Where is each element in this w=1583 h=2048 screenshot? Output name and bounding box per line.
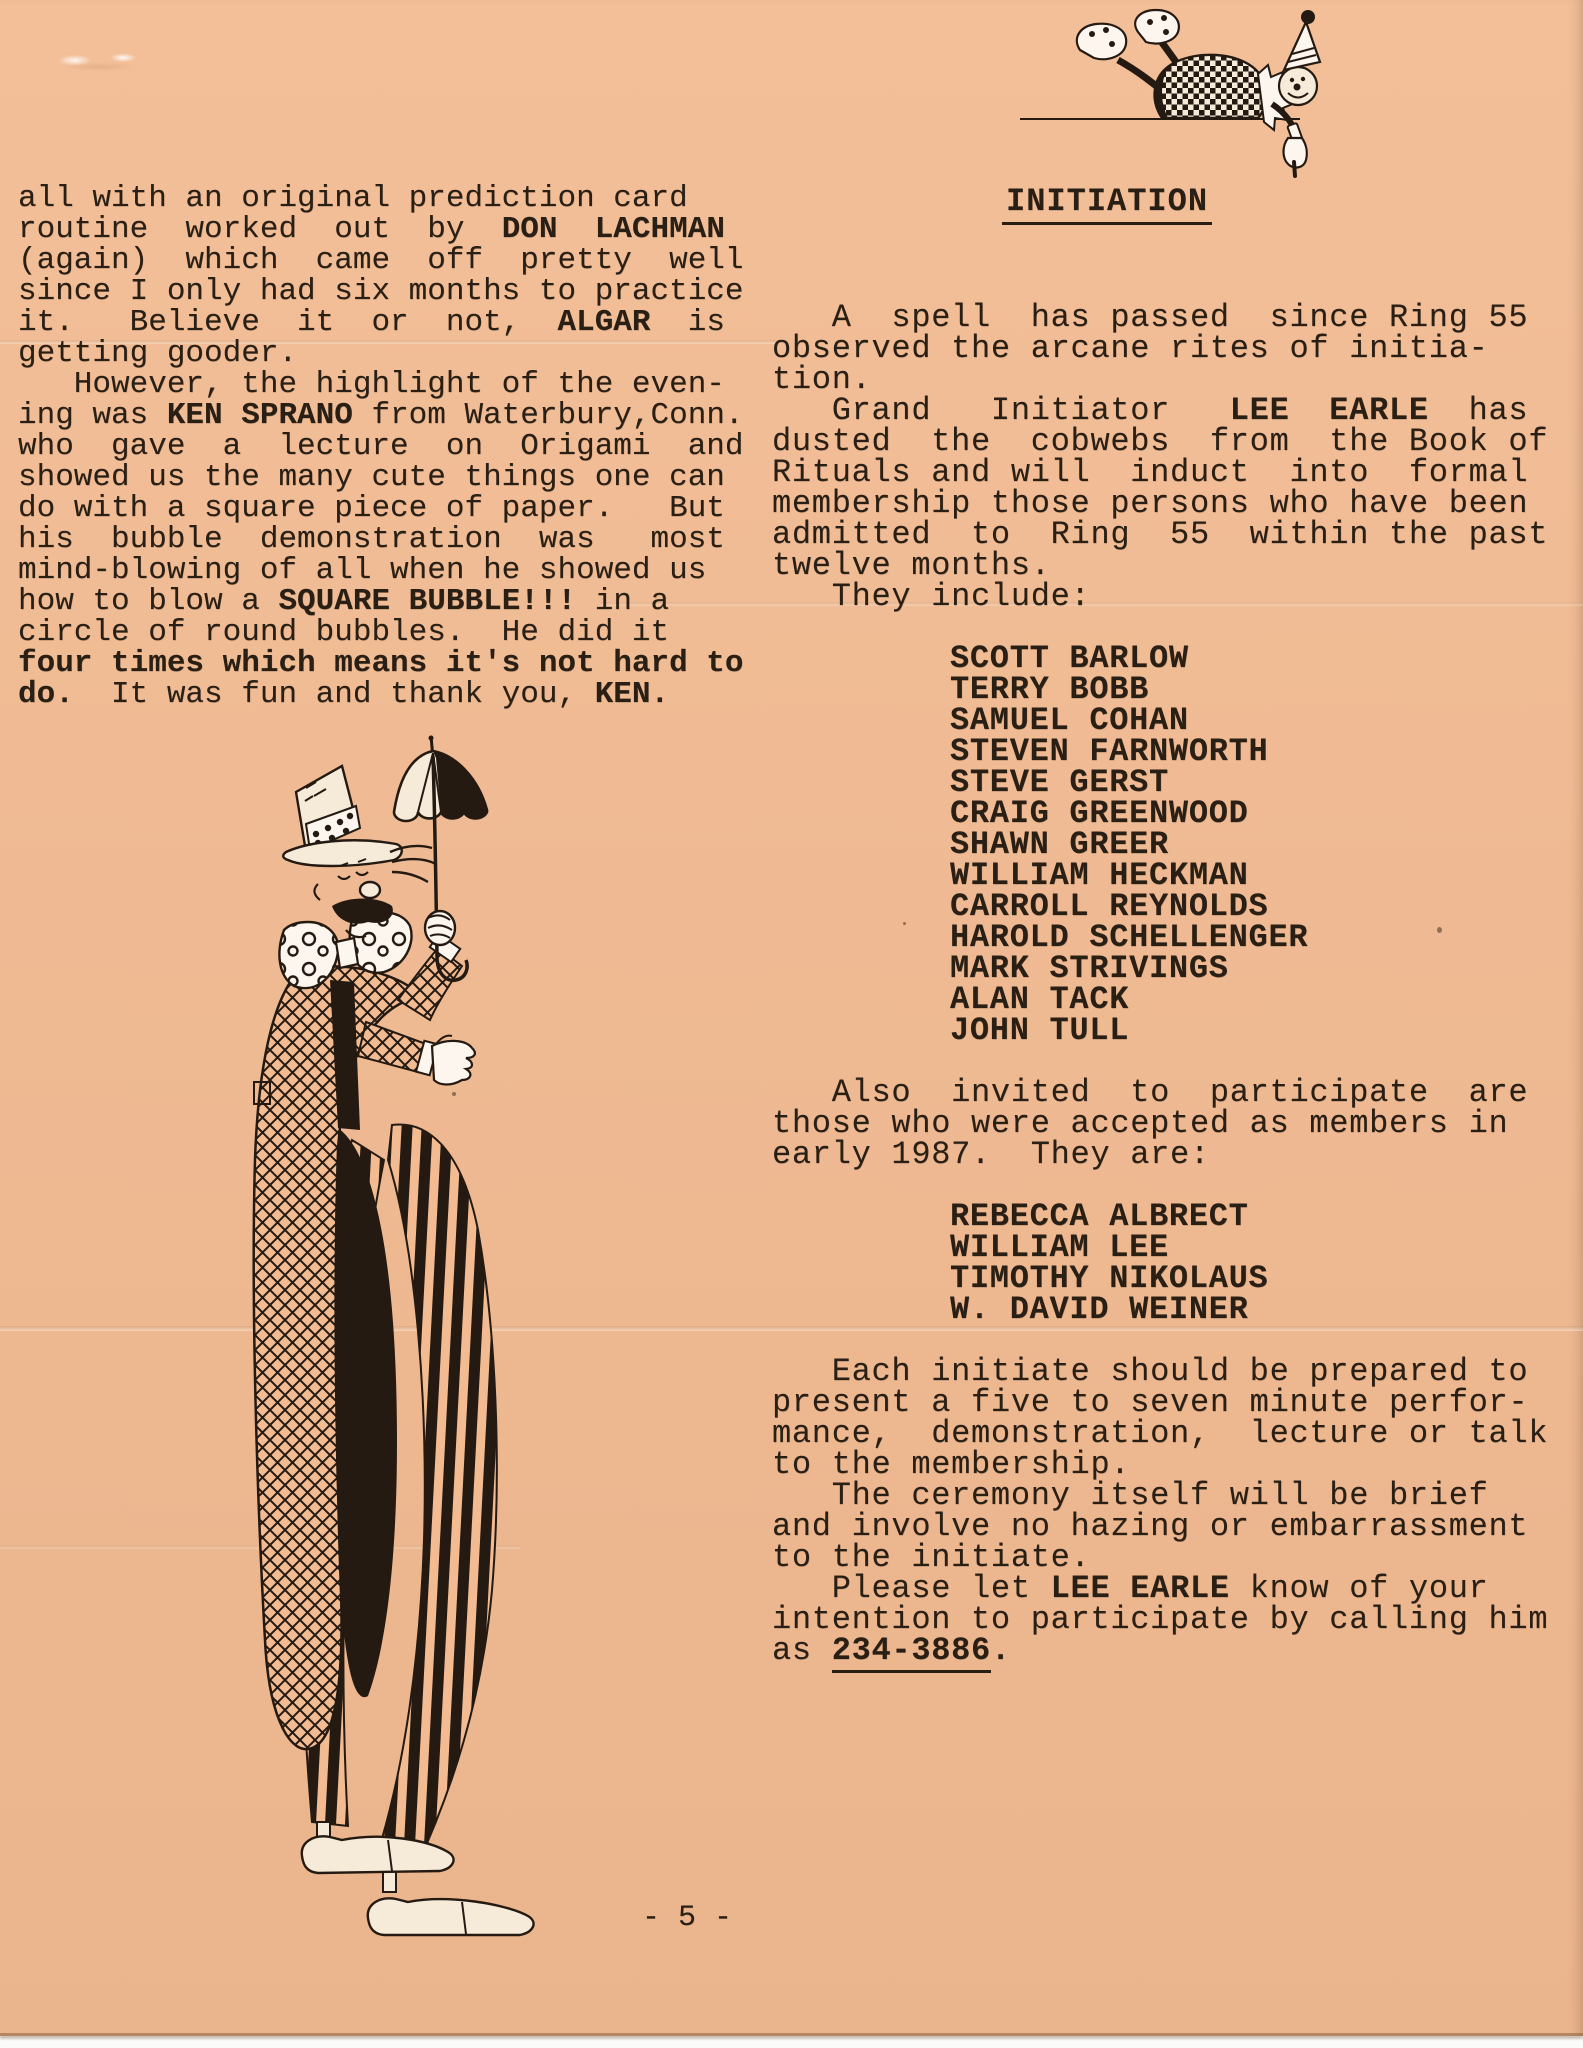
text-line: all with an original prediction card [18,183,778,214]
initiate-name: SCOTT BARLOW [772,643,1562,674]
text-line: to the membership. [772,1449,1562,1480]
member-name: W. DAVID WEINER [772,1294,1562,1325]
text-line: Each initiate should be prepared to [772,1356,1562,1387]
text-line: They include: [772,581,1562,612]
paragraph-each-initiate: Each initiate should be prepared toprese… [772,1356,1562,1480]
text-line: to the initiate. [772,1542,1562,1573]
text-line: four times which means it's not hard to [18,648,778,679]
paragraph-spell-passed: A spell has passed since Ring 55observed… [772,302,1562,395]
initiate-name: STEVEN FARNWORTH [772,736,1562,767]
text-line: showed us the many cute things one can [18,462,778,493]
clown-lying-pointing-illustration [1005,8,1325,180]
text-line: Rituals and will induct into formal [772,457,1562,488]
text-line: getting gooder. [18,338,778,369]
text-line: as 234-3886. [772,1635,1562,1666]
initiate-name: CRAIG GREENWOOD [772,798,1562,829]
text-line: mind-blowing of all when he showed us [18,555,778,586]
scanned-newsletter-page: INITIATION all with an original predicti… [0,0,1583,2036]
text-line: circle of round bubbles. He did it [18,617,778,648]
text-line: twelve months. [772,550,1562,581]
text-line: dusted the cobwebs from the Book of [772,426,1562,457]
text-line: do with a square piece of paper. But [18,493,778,524]
initiate-name: TERRY BOBB [772,674,1562,705]
text-line: Grand Initiator LEE EARLE has [772,395,1562,426]
initiate-name: ALAN TACK [772,984,1562,1015]
paragraph-also-invited: Also invited to participate arethose who… [772,1077,1562,1170]
initiate-name: SAMUEL COHAN [772,705,1562,736]
section-heading-initiation: INITIATION [1002,186,1212,225]
member-name: TIMOTHY NIKOLAUS [772,1263,1562,1294]
paragraph-prediction-card: all with an original prediction cardrout… [18,183,778,369]
text-line: his bubble demonstration was most [18,524,778,555]
initiates-name-list: SCOTT BARLOWTERRY BOBBSAMUEL COHANSTEVEN… [772,643,1562,1046]
text-line: routine worked out by DON LACHMAN [18,214,778,245]
text-line: tion. [772,364,1562,395]
blank-line [772,612,1562,643]
text-line: mance, demonstration, lecture or talk [772,1418,1562,1449]
text-line: do. It was fun and thank you, KEN. [18,679,778,710]
paragraph-ceremony: The ceremony itself will be briefand inv… [772,1480,1562,1573]
text-line: Please let LEE EARLE know of your [772,1573,1562,1604]
member-name: REBECCA ALBRECT [772,1201,1562,1232]
initiate-name: STEVE GERST [772,767,1562,798]
text-line: and involve no hazing or embarrassment [772,1511,1562,1542]
text-line: early 1987. They are: [772,1139,1562,1170]
paragraph-ken-sprano-lecture: However, the highlight of the even-ing w… [18,369,778,710]
text-line: how to blow a SQUARE BUBBLE!!! in a [18,586,778,617]
blank-line [772,1170,1562,1201]
text-line: intention to participate by calling him [772,1604,1562,1635]
text-line: observed the arcane rites of initia- [772,333,1562,364]
text-line: present a five to seven minute perfor- [772,1387,1562,1418]
text-line: However, the highlight of the even- [18,369,778,400]
initiate-name: JOHN TULL [772,1015,1562,1046]
initiate-name: WILLIAM HECKMAN [772,860,1562,891]
initiate-name: MARK STRIVINGS [772,953,1562,984]
text-line: who gave a lecture on Origami and [18,431,778,462]
text-line: The ceremony itself will be brief [772,1480,1562,1511]
initiate-name: HAROLD SCHELLENGER [772,922,1562,953]
blank-line [772,1046,1562,1077]
paragraph-contact-phone: Please let LEE EARLE know of yourintenti… [772,1573,1562,1666]
tall-clown-umbrella-illustration [165,735,545,1950]
members-1987-name-list: REBECCA ALBRECTWILLIAM LEETIMOTHY NIKOLA… [772,1201,1562,1325]
text-line: since I only had six months to practice [18,276,778,307]
text-line: A spell has passed since Ring 55 [772,302,1562,333]
text-line: ing was KEN SPRANO from Waterbury,Conn. [18,400,778,431]
text-line: Also invited to participate are [772,1077,1562,1108]
text-line: membership those persons who have been [772,488,1562,519]
member-name: WILLIAM LEE [772,1232,1562,1263]
text-line: it. Believe it or not, ALGAR is [18,307,778,338]
initiate-name: SHAWN GREER [772,829,1562,860]
left-column: all with an original prediction cardrout… [18,183,778,710]
paper-tear-mark [44,46,154,72]
blank-line [772,1325,1562,1356]
text-line: admitted to Ring 55 within the past [772,519,1562,550]
text-line: (again) which came off pretty well [18,245,778,276]
initiate-name: CARROLL REYNOLDS [772,891,1562,922]
page-number: - 5 - [642,1903,732,1934]
text-line: those who were accepted as members in [772,1108,1562,1139]
paragraph-grand-initiator: Grand Initiator LEE EARLE hasdusted the … [772,395,1562,612]
right-column: A spell has passed since Ring 55observed… [772,302,1562,1666]
